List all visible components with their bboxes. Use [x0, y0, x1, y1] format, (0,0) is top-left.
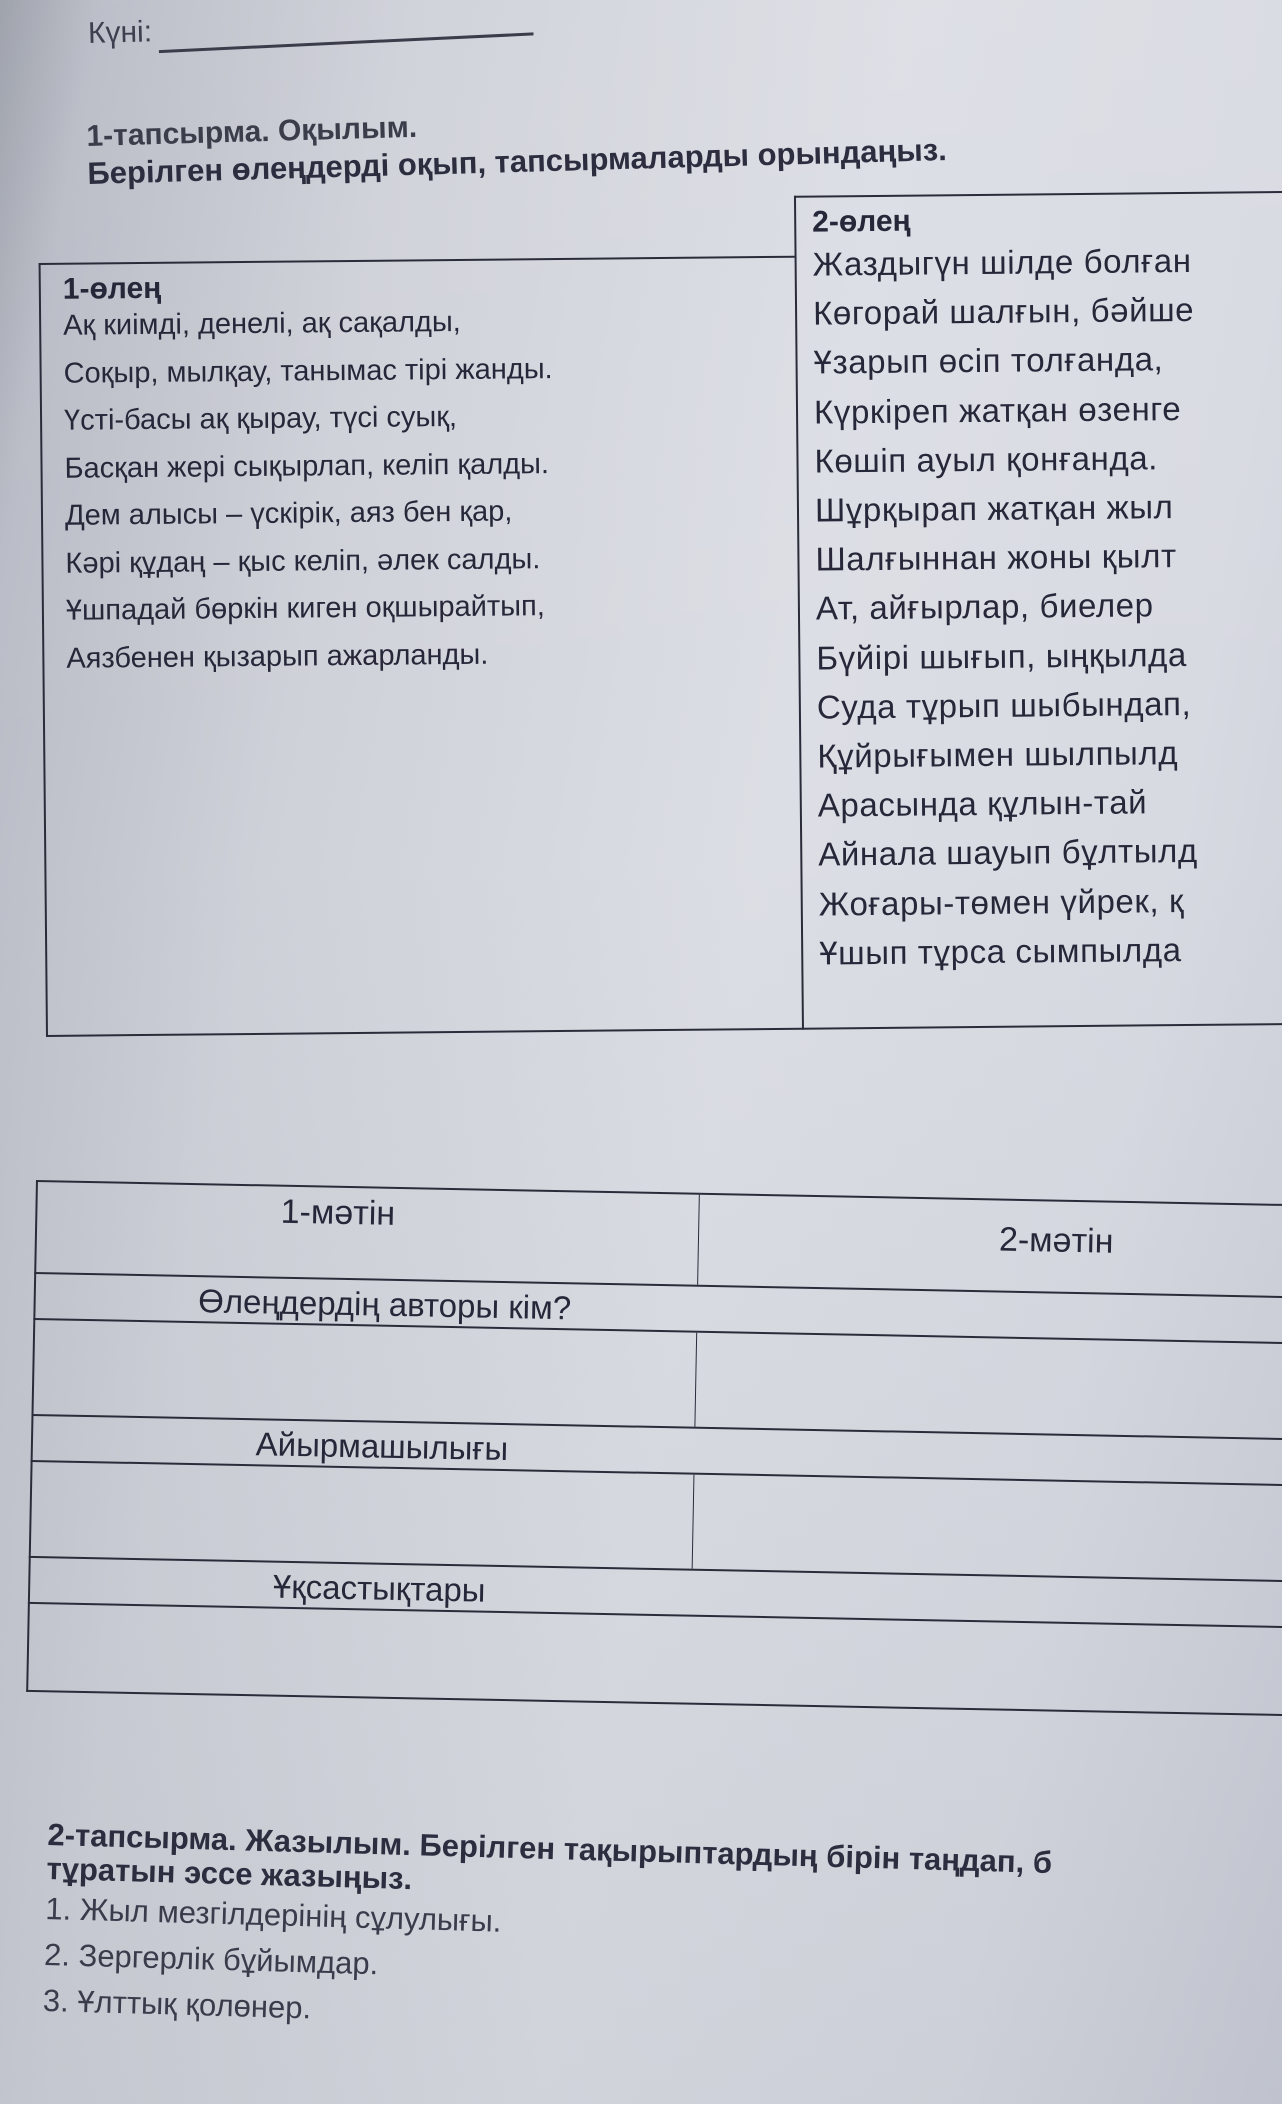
author-answer-text-1[interactable]	[34, 1320, 698, 1427]
essay-topic-list: 1. Жыл мезгілдерінің сұлулығы. 2. Зергер…	[42, 1886, 1050, 2052]
poem-line: Ат, айғырлар, биелер	[816, 578, 1282, 633]
poem-line: Ұзарып өсіп толғанда,	[813, 332, 1282, 387]
author-answer-text-2[interactable]	[695, 1333, 1282, 1439]
poem-line: Құйрығымен шылпылд	[817, 726, 1282, 781]
poem-line: Жаздыгүн шілде болған	[812, 234, 1282, 289]
poem-line: Кәрі құдаң – қыс келіп, әлек салды.	[65, 533, 787, 587]
poem-line: Ұшпадай бөркін киген оқшырайтып,	[66, 581, 788, 635]
poem-line: Көгорай шалғын, бәйше	[813, 283, 1282, 338]
differences-answer-text-1[interactable]	[31, 1462, 695, 1569]
poem-2-title: 2-өлең	[812, 200, 1282, 240]
poem-line: Жоғары-төмен үйрек, қ	[819, 874, 1282, 929]
poem-line: Ұшып тұрса сымпылда	[819, 923, 1282, 978]
column-header-text-1: 1-мәтін	[36, 1182, 700, 1285]
poem-line: Соқыр, мылқау, танымас тірі жанды.	[63, 343, 785, 397]
poem-line: Шұрқырап жатқан жыл	[815, 480, 1282, 535]
poem-line: Басқан жері сықырлап, келіп қалды.	[64, 438, 786, 492]
poem-line: Көшіп ауыл қонғанда.	[814, 431, 1282, 486]
date-blank-line[interactable]	[157, 0, 533, 53]
poem-line: Шалғыннан жоны қылт	[815, 529, 1282, 584]
poem-line: Суда тұрып шыбындап,	[817, 677, 1282, 732]
column-header-text-2: 2-мәтін	[698, 1195, 1282, 1297]
date-label: Күні:	[88, 15, 153, 50]
differences-answer-text-2[interactable]	[693, 1475, 1282, 1581]
task1-header: 1-тапсырма. Оқылым. Берілген өлеңдерді о…	[86, 96, 947, 192]
date-field: Күні:	[88, 2, 534, 51]
poem-line: Ақ киімді, денелі, ақ сақалды,	[63, 296, 785, 350]
poem-line: Бүйірі шығып, ыңқылда	[816, 628, 1282, 683]
poem-line: Аязбенен қызарып ажарланды.	[66, 628, 788, 682]
poem-line: Арасында құлын-тай	[818, 775, 1282, 830]
poem-line: Айнала шауып бұлтылд	[818, 824, 1282, 879]
task2-section: 2-тапсырма. Жазылым. Берілген тақырыптар…	[42, 1818, 1052, 2052]
poem-line: Күркіреп жатқан өзенге	[814, 382, 1282, 437]
poem-1-cell: 1-өлең Ақ киімді, денелі, ақ сақалды, Со…	[39, 256, 802, 1037]
poems-table: 1-өлең Ақ киімді, денелі, ақ сақалды, Со…	[38, 191, 1282, 1039]
poem-line: Дем алысы – үскірік, аяз бен қар,	[65, 486, 787, 540]
poem-2-cell: 2-өлең Жаздыгүн шілде болған Көгорай шал…	[794, 190, 1282, 1030]
comparison-table: 1-мәтін 2-мәтін Өлеңдердің авторы кім? А…	[26, 1180, 1282, 1717]
poem-line: Үсті-басы ақ қырау, түсі суық,	[64, 391, 786, 445]
